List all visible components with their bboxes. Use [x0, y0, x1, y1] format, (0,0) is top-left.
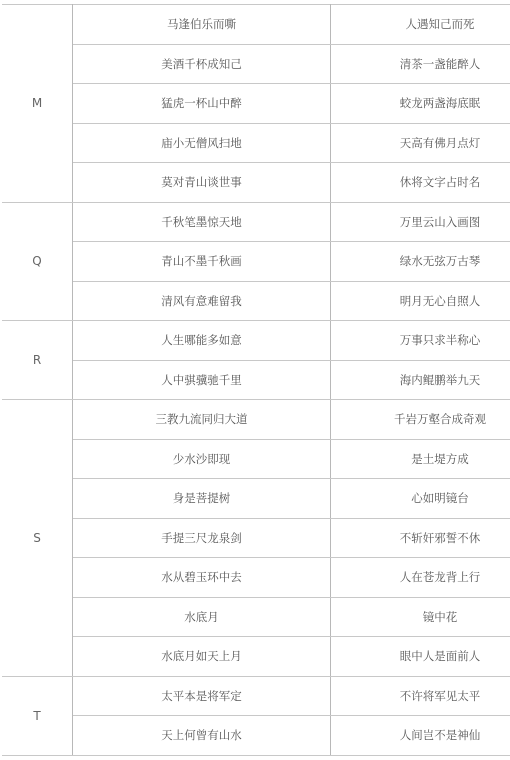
first-line-cell: 天上何曾有山水 — [73, 716, 331, 756]
second-line-text: 是土堤方成 — [357, 451, 510, 467]
first-line-cell: 莫对青山谈世事 — [73, 163, 331, 203]
second-line-cell: 不斩奸邪誓不休 — [331, 518, 510, 558]
first-line-cell: 手提三尺龙泉剑 — [73, 518, 331, 558]
first-line-cell: 人中骐骥驰千里 — [73, 360, 331, 400]
second-line-text: 千岩万壑合成奇观 — [357, 411, 510, 427]
group-letter-r: R — [2, 321, 73, 400]
table-row: 青山不墨千秋画 绿水无弦万古琴 — [2, 242, 510, 282]
first-line-cell: 马逢伯乐而嘶 — [73, 5, 331, 45]
second-line-cell: 人间岂不是神仙 — [331, 716, 510, 756]
second-line-cell: 清茶一盏能醉人 — [331, 44, 510, 84]
second-line-text: 人在苍龙背上行 — [357, 569, 510, 585]
group-letter-q: Q — [2, 202, 73, 321]
table-row: 水从碧玉环中去 人在苍龙背上行 — [2, 558, 510, 598]
first-line-cell: 少水沙即现 — [73, 439, 331, 479]
first-line-cell: 水底月如天上月 — [73, 637, 331, 677]
second-line-text: 人间岂不是神仙 — [357, 727, 510, 743]
first-line-cell: 清风有意难留我 — [73, 281, 331, 321]
second-line-text: 休将文字占时名 — [357, 174, 510, 190]
second-line-cell: 千岩万壑合成奇观 — [331, 400, 510, 440]
table-row: T 太平本是将军定 不许将军见太平 — [2, 676, 510, 716]
second-line-text: 人遇知己而死 — [357, 16, 510, 32]
first-line-cell: 青山不墨千秋画 — [73, 242, 331, 282]
second-line-cell: 万里云山入画图 — [331, 202, 510, 242]
group-letter-m: M — [2, 5, 73, 203]
second-line-cell: 万事只求半称心 — [331, 321, 510, 361]
second-line-text: 海内鲲鹏举九天 — [357, 372, 510, 388]
second-line-text: 万里云山入画图 — [357, 214, 510, 230]
second-line-cell: 是土堤方成 — [331, 439, 510, 479]
second-line-text: 不许将军见太平 — [357, 688, 510, 704]
second-line-cell: 人在苍龙背上行 — [331, 558, 510, 598]
second-line-cell: 心如明镜台 — [331, 479, 510, 519]
second-line-text: 明月无心自照人 — [357, 293, 510, 309]
second-line-text: 眼中人是面前人 — [357, 648, 510, 664]
second-line-text: 不斩奸邪誓不休 — [357, 530, 510, 546]
table-row: M 马逢伯乐而嘶 人遇知己而死 — [2, 5, 510, 45]
group-letter-s: S — [2, 400, 73, 677]
table-row: 人中骐骥驰千里 海内鲲鹏举九天 — [2, 360, 510, 400]
first-line-cell: 身是菩提树 — [73, 479, 331, 519]
second-line-cell: 蛟龙两盏海底眠 — [331, 84, 510, 124]
second-line-text: 绿水无弦万古琴 — [357, 253, 510, 269]
second-line-text: 万事只求半称心 — [357, 332, 510, 348]
first-line-cell: 庙小无僧风扫地 — [73, 123, 331, 163]
second-line-cell: 人遇知己而死 — [331, 5, 510, 45]
couplet-table: M 马逢伯乐而嘶 人遇知己而死 美酒千杯成知己 清茶一盏能醉人 猛虎一杯山中醉 … — [2, 4, 510, 756]
second-line-cell: 绿水无弦万古琴 — [331, 242, 510, 282]
second-line-cell: 天高有佛月点灯 — [331, 123, 510, 163]
table-row: 庙小无僧风扫地 天高有佛月点灯 — [2, 123, 510, 163]
couplet-table-body: M 马逢伯乐而嘶 人遇知己而死 美酒千杯成知己 清茶一盏能醉人 猛虎一杯山中醉 … — [2, 5, 510, 756]
second-line-cell: 海内鲲鹏举九天 — [331, 360, 510, 400]
second-line-cell: 休将文字占时名 — [331, 163, 510, 203]
first-line-cell: 太平本是将军定 — [73, 676, 331, 716]
table-row: 身是菩提树 心如明镜台 — [2, 479, 510, 519]
first-line-cell: 水底月 — [73, 597, 331, 637]
first-line-cell: 猛虎一杯山中醉 — [73, 84, 331, 124]
second-line-text: 天高有佛月点灯 — [357, 135, 510, 151]
table-row: 水底月 镜中花 — [2, 597, 510, 637]
first-line-cell: 水从碧玉环中去 — [73, 558, 331, 598]
second-line-cell: 明月无心自照人 — [331, 281, 510, 321]
table-row: 天上何曾有山水 人间岂不是神仙 — [2, 716, 510, 756]
table-row: 清风有意难留我 明月无心自照人 — [2, 281, 510, 321]
first-line-cell: 美酒千杯成知己 — [73, 44, 331, 84]
second-line-cell: 镜中花 — [331, 597, 510, 637]
first-line-cell: 千秋笔墨惊天地 — [73, 202, 331, 242]
second-line-cell: 不许将军见太平 — [331, 676, 510, 716]
table-row: 猛虎一杯山中醉 蛟龙两盏海底眠 — [2, 84, 510, 124]
second-line-cell: 眼中人是面前人 — [331, 637, 510, 677]
table-row: Q 千秋笔墨惊天地 万里云山入画图 — [2, 202, 510, 242]
second-line-text: 镜中花 — [357, 609, 510, 625]
table-row: 少水沙即现 是土堤方成 — [2, 439, 510, 479]
second-line-text: 蛟龙两盏海底眠 — [357, 95, 510, 111]
table-row: 手提三尺龙泉剑 不斩奸邪誓不休 — [2, 518, 510, 558]
first-line-cell: 人生哪能多如意 — [73, 321, 331, 361]
table-row: 美酒千杯成知己 清茶一盏能醉人 — [2, 44, 510, 84]
table-row: R 人生哪能多如意 万事只求半称心 — [2, 321, 510, 361]
group-letter-t: T — [2, 676, 73, 755]
table-row: S 三教九流同归大道 千岩万壑合成奇观 — [2, 400, 510, 440]
table-row: 水底月如天上月 眼中人是面前人 — [2, 637, 510, 677]
second-line-text: 心如明镜台 — [357, 490, 510, 506]
table-row: 莫对青山谈世事 休将文字占时名 — [2, 163, 510, 203]
first-line-cell: 三教九流同归大道 — [73, 400, 331, 440]
second-line-text: 清茶一盏能醉人 — [357, 56, 510, 72]
